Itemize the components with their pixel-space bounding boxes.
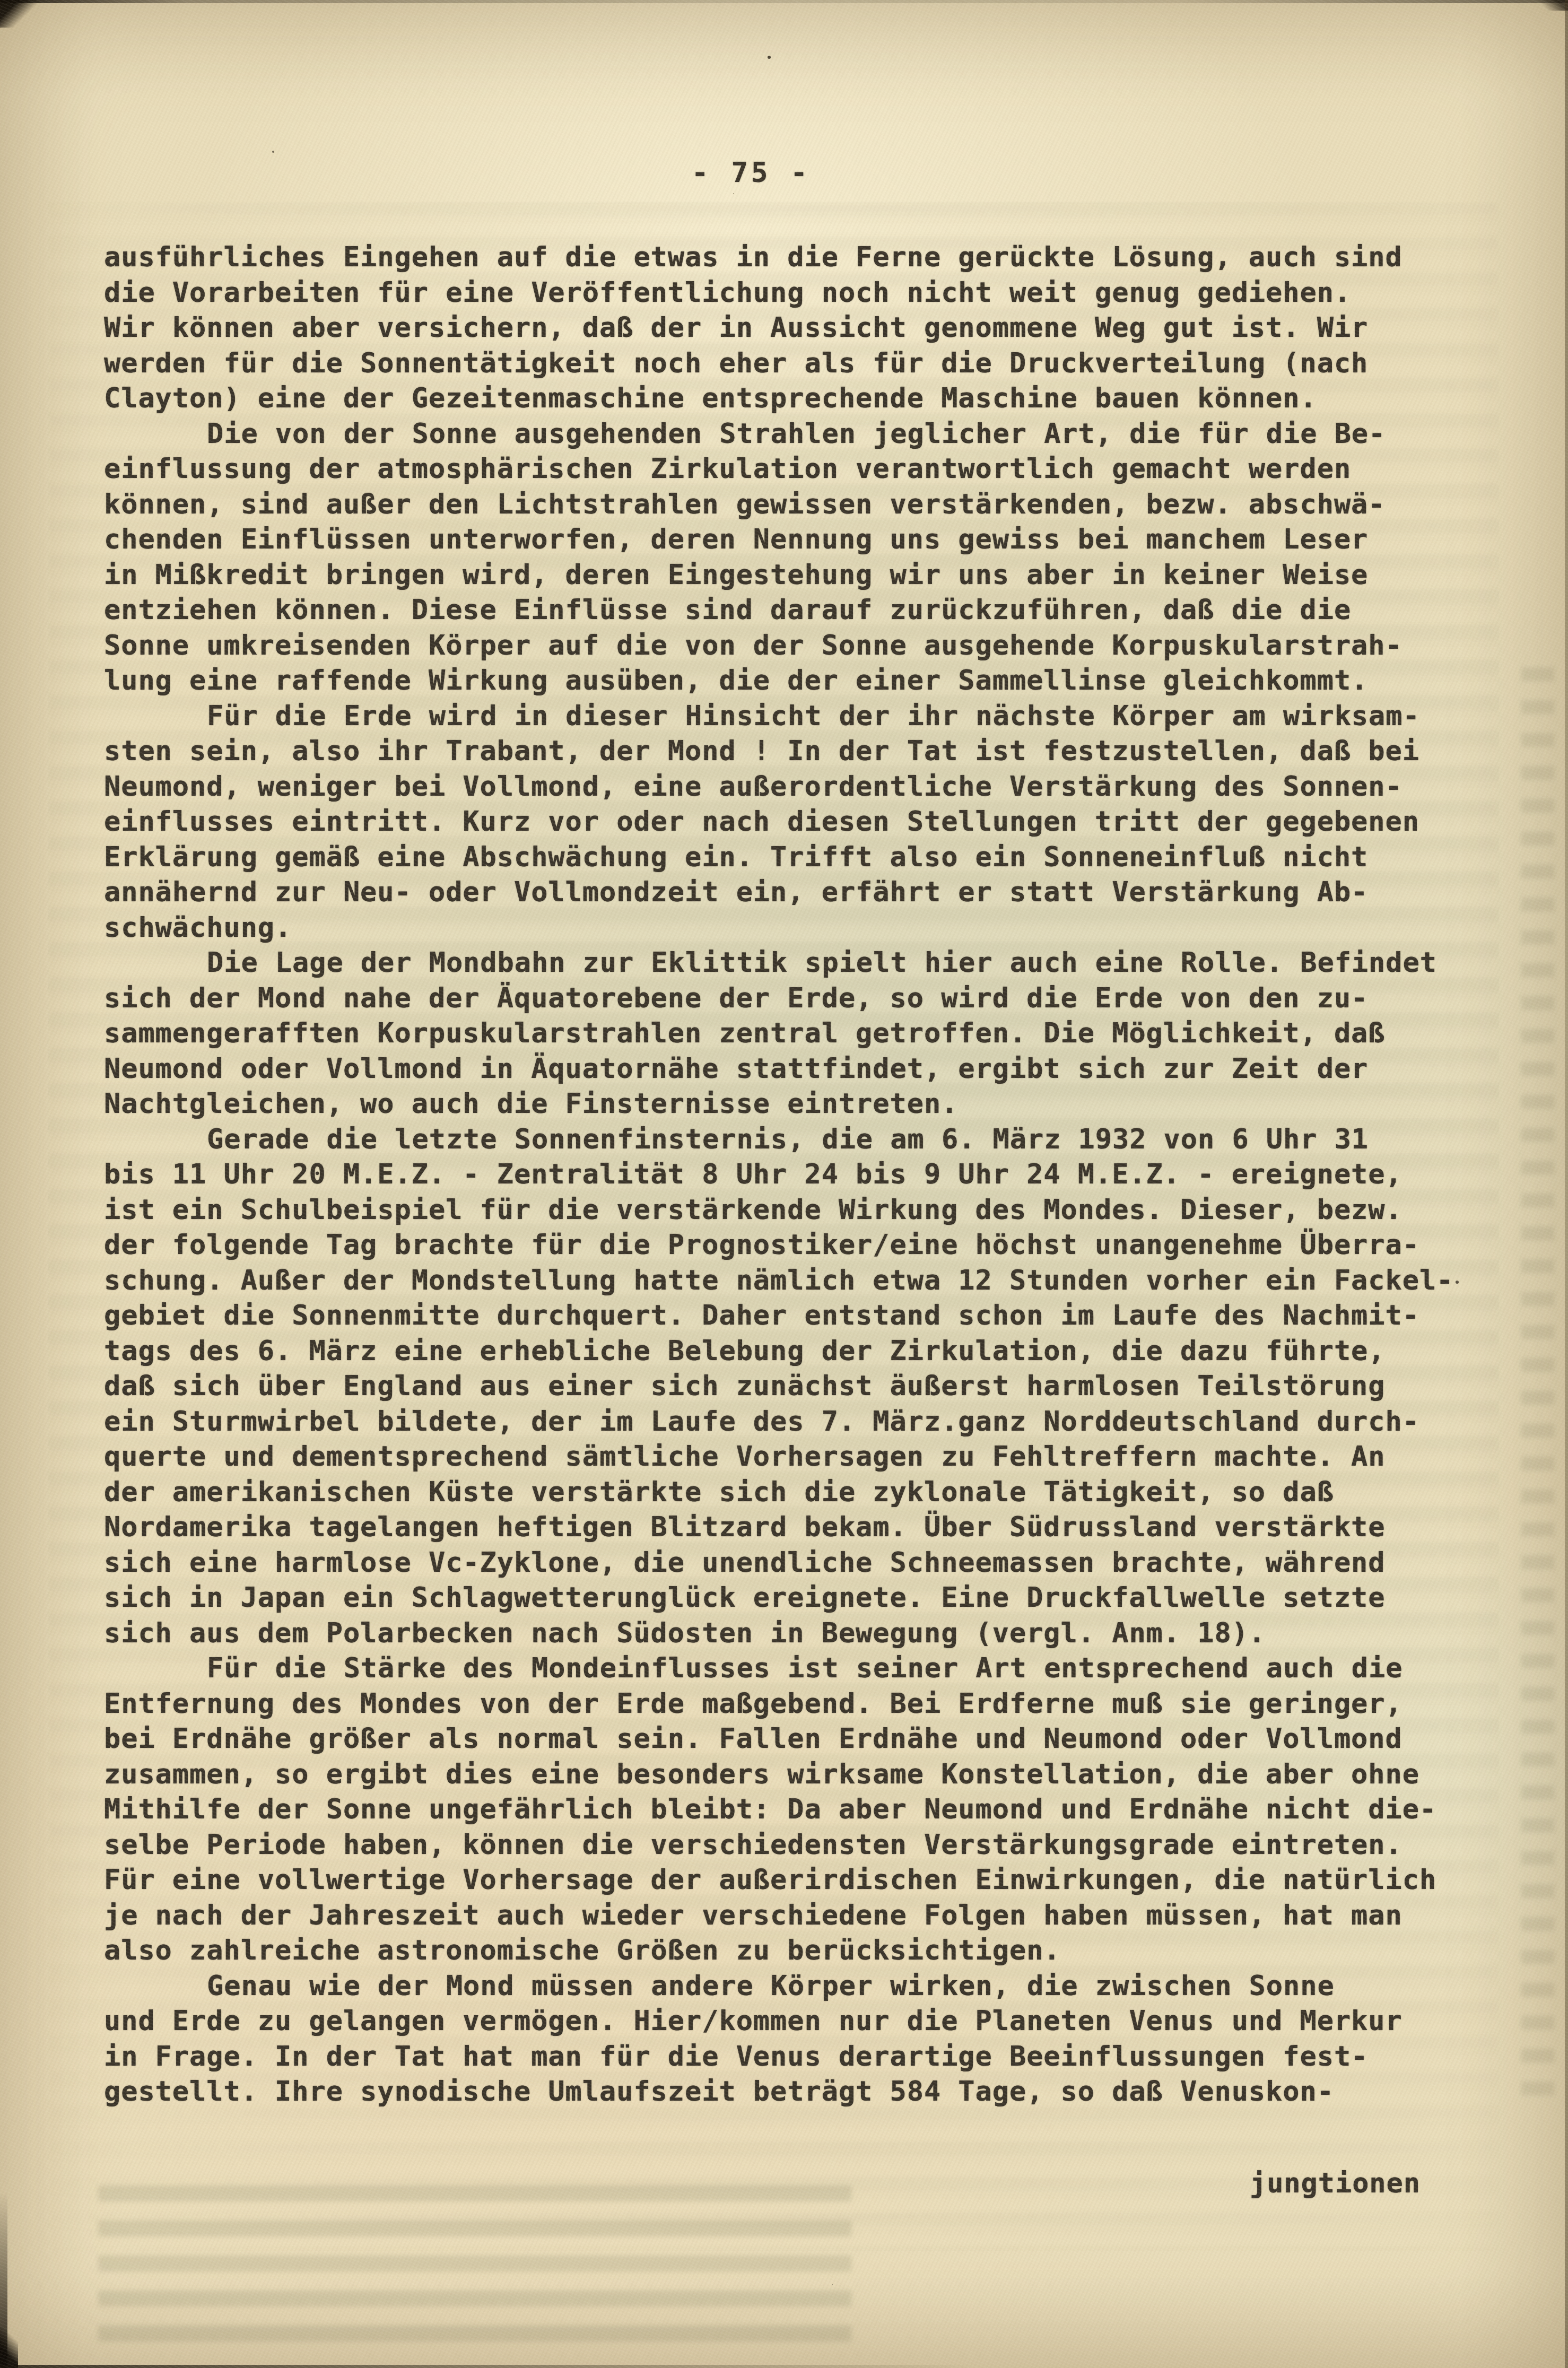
text-line: Für die Stärke des Mondeinflusses ist se…: [104, 1651, 1526, 1686]
text-line: in Mißkredit bringen wird, deren Eingest…: [104, 558, 1526, 593]
text-line: schwächung.: [104, 910, 1526, 946]
text-line: ausführliches Eingehen auf die etwas in …: [104, 240, 1526, 275]
text-line: die Vorarbeiten für eine Veröffentlichun…: [104, 275, 1526, 311]
text-line: werden für die Sonnentätigkeit noch eher…: [104, 346, 1526, 381]
paragraph: ausführliches Eingehen auf die etwas in …: [104, 240, 1526, 416]
text-line: lung eine raffende Wirkung ausüben, die …: [104, 663, 1526, 699]
text-line: Nachtgleichen, wo auch die Finsternisse …: [104, 1086, 1526, 1122]
scanned-page: - 75 - ausführliches Eingehen auf die et…: [0, 0, 1568, 2368]
text-line: können, sind außer den Lichtstrahlen gew…: [104, 487, 1526, 523]
text-line: der amerikanischen Küste verstärkte sich…: [104, 1475, 1526, 1510]
paragraph: Die Lage der Mondbahn zur Eklittik spiel…: [104, 945, 1526, 1122]
text-line: sich in Japan ein Schlagwetterunglück er…: [104, 1580, 1526, 1616]
text-line: und Erde zu gelangen vermögen. Hier/komm…: [104, 2004, 1526, 2039]
body-text: ausführliches Eingehen auf die etwas in …: [0, 240, 1568, 2110]
text-line: Wir können aber versichern, daß der in A…: [104, 310, 1526, 346]
text-line: zusammen, so ergibt dies eine besonders …: [104, 1757, 1526, 1792]
scan-corner-top-right: [1534, 0, 1568, 11]
text-line: gebiet die Sonnenmitte durchquert. Daher…: [104, 1298, 1526, 1334]
text-line: sich aus dem Polarbecken nach Südosten i…: [104, 1616, 1526, 1651]
paragraph: Gerade die letzte Sonnenfinsternis, die …: [104, 1122, 1526, 1651]
text-line: Entfernung des Mondes von der Erde maßge…: [104, 1686, 1526, 1722]
paragraph: Die von der Sonne ausgehenden Strahlen j…: [104, 416, 1526, 699]
text-line: annähernd zur Neu- oder Vollmondzeit ein…: [104, 875, 1526, 910]
text-line: sich eine harmlose Vc-Zyklone, die unend…: [104, 1545, 1526, 1581]
scan-edge-top: [0, 0, 1568, 3]
text-line: also zahlreiche astronomische Größen zu …: [104, 1933, 1526, 1969]
text-line: Die Lage der Mondbahn zur Eklittik spiel…: [104, 945, 1526, 981]
text-line: selbe Periode haben, können die verschie…: [104, 1827, 1526, 1863]
text-line: sich der Mond nahe der Äquatorebene der …: [104, 981, 1526, 1016]
text-line: querte und dementsprechend sämtliche Vor…: [104, 1439, 1526, 1475]
text-line: einflusses eintritt. Kurz vor oder nach …: [104, 804, 1526, 840]
text-line: Erklärung gemäß eine Abschwächung ein. T…: [104, 840, 1526, 875]
scan-corner-top-left: [0, 0, 39, 28]
text-line: einflussung der atmosphärischen Zirkulat…: [104, 451, 1526, 487]
text-line: bis 11 Uhr 20 M.E.Z. - Zentralität 8 Uhr…: [104, 1157, 1526, 1192]
catchword: jungtionen: [1250, 2167, 1421, 2199]
text-line: sten sein, also ihr Trabant, der Mond ! …: [104, 734, 1526, 769]
text-line: Nordamerika tagelangen heftigen Blitzard…: [104, 1510, 1526, 1545]
text-line: Clayton) eine der Gezeitenmaschine entsp…: [104, 381, 1526, 416]
text-line: ist ein Schulbeispiel für die verstärken…: [104, 1192, 1526, 1228]
text-line: gestellt. Ihre synodische Umlaufszeit be…: [104, 2074, 1526, 2110]
text-line: Gerade die letzte Sonnenfinsternis, die …: [104, 1122, 1526, 1157]
text-line: Mithilfe der Sonne ungefährlich bleibt: …: [104, 1792, 1526, 1827]
text-line: Neumond, weniger bei Vollmond, eine auße…: [104, 769, 1526, 805]
scan-corner-bottom-left: [0, 2327, 18, 2368]
text-line: Die von der Sonne ausgehenden Strahlen j…: [104, 416, 1526, 452]
text-line: der folgende Tag brachte für die Prognos…: [104, 1227, 1526, 1263]
text-line: sammengerafften Korpuskularstrahlen zent…: [104, 1016, 1526, 1051]
scan-edge-right: [1565, 0, 1568, 2368]
text-line: Genau wie der Mond müssen andere Körper …: [104, 1969, 1526, 2004]
text-line: in Frage. In der Tat hat man für die Ven…: [104, 2039, 1526, 2075]
text-line: Für eine vollwertige Vorhersage der auße…: [104, 1862, 1526, 1898]
page-number: - 75 -: [0, 157, 1535, 189]
paragraph: Für die Erde wird in dieser Hinsicht der…: [104, 699, 1526, 946]
text-line: entziehen können. Diese Einflüsse sind d…: [104, 593, 1526, 628]
text-line: bei Erdnähe größer als normal sein. Fall…: [104, 1721, 1526, 1757]
text-line: tags des 6. März eine erhebliche Belebun…: [104, 1334, 1526, 1369]
text-line: ein Sturmwirbel bildete, der im Laufe de…: [104, 1404, 1526, 1440]
text-line: schung. Außer der Mondstellung hatte näm…: [104, 1263, 1526, 1299]
text-line: Für die Erde wird in dieser Hinsicht der…: [104, 699, 1526, 734]
text-line: chenden Einflüssen unterworfen, deren Ne…: [104, 522, 1526, 558]
paragraph: Für die Stärke des Mondeinflusses ist se…: [104, 1651, 1526, 1969]
ink-bleed-bottom: [98, 2186, 851, 2350]
text-line: daß sich über England aus einer sich zun…: [104, 1369, 1526, 1404]
text-line: Neumond oder Vollmond in Äquatornähe sta…: [104, 1051, 1526, 1087]
text-line: je nach der Jahreszeit auch wieder versc…: [104, 1898, 1526, 1934]
scan-edge-bottom: [0, 2365, 972, 2368]
paragraph: Genau wie der Mond müssen andere Körper …: [104, 1969, 1526, 2110]
dust-specks: [768, 56, 771, 59]
text-line: Sonne umkreisenden Körper auf die von de…: [104, 628, 1526, 664]
